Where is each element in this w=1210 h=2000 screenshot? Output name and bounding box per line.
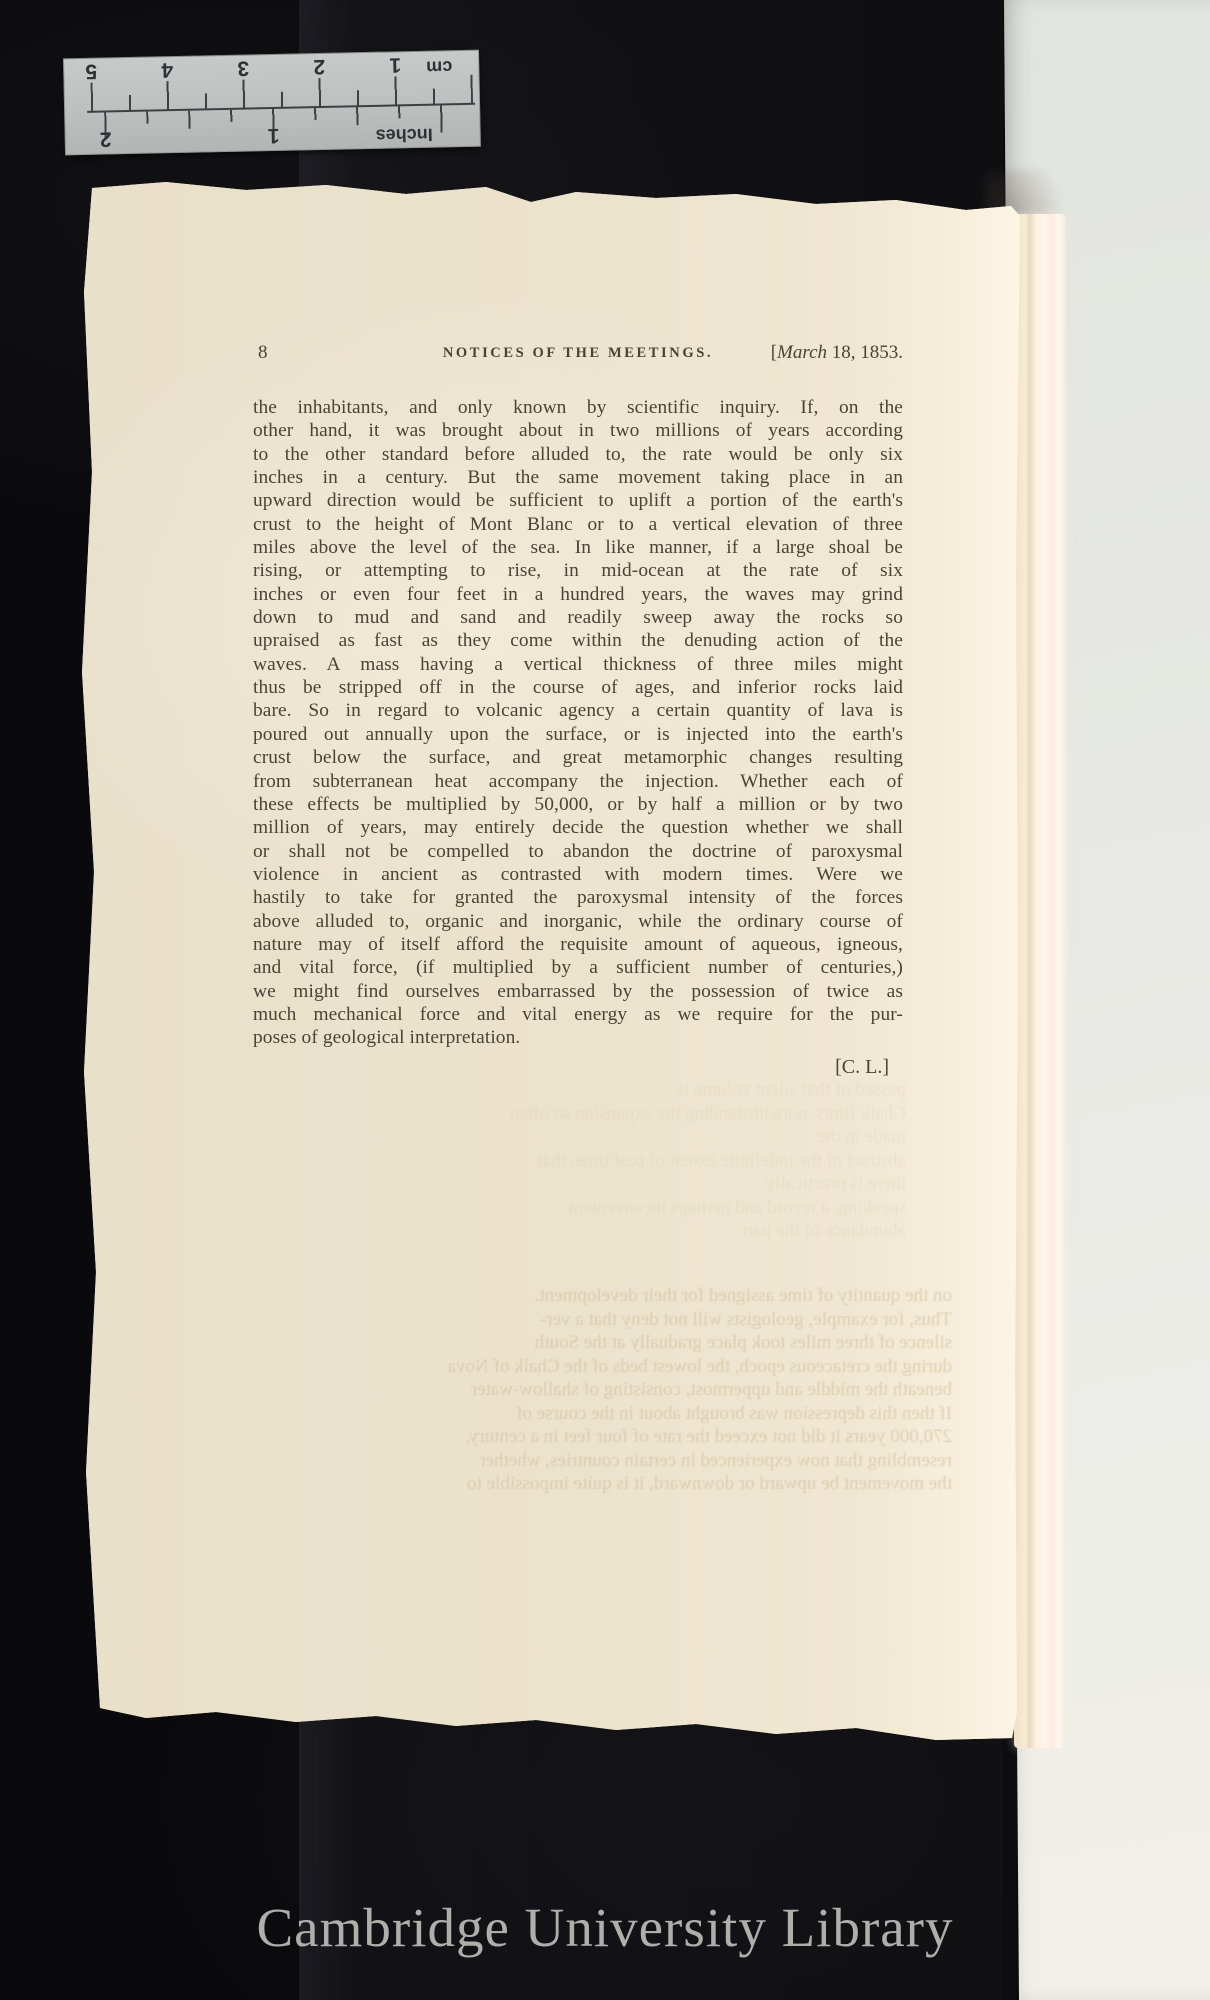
body-text-line: thus be stripped off in the course of ag…: [253, 676, 903, 699]
body-text-line: nature may of itself afford the requisit…: [253, 933, 903, 956]
body-text-line: we might find ourselves embarrassed by t…: [253, 980, 903, 1003]
ruler-cm-number: 1: [383, 54, 407, 74]
page-header: 8 NOTICES OF THE MEETINGS. [March 18, 18…: [253, 342, 903, 368]
body-text-line: above alluded to, organic and inorganic,…: [253, 910, 903, 933]
page-edge-glow: [960, 172, 1020, 1752]
showthrough-line: If then this depression was brought abou…: [246, 1402, 952, 1426]
header-date-rest: 18, 1853.: [827, 342, 903, 363]
body-text-line: upward direction would be sufficient to …: [253, 489, 903, 512]
showthrough-line: Chalk flints, notwithstanding the expans…: [496, 1102, 906, 1149]
body-text-line: bare. So in regard to volcanic agency a …: [253, 699, 903, 722]
body-text-line: poses of geological interpretation.: [253, 1026, 903, 1049]
showthrough-line: beneath the middle and uppermost, consis…: [246, 1378, 952, 1402]
body-text-line: much mechanical force and vital energy a…: [253, 1003, 903, 1026]
ruler-inch-number: 1: [261, 125, 285, 145]
showthrough-line: silence of three miles took place gradua…: [246, 1331, 952, 1355]
body-text-line: inches in a century. But the same moveme…: [253, 466, 903, 489]
body-text-line: million of years, may entirely decide th…: [253, 816, 903, 839]
body-text-line: crust to the height of Mont Blanc or to …: [253, 513, 903, 536]
showthrough-line: abstract of the indefinite extent of pas…: [496, 1149, 906, 1196]
ruler-cm-number: 2: [307, 56, 331, 76]
showthrough-line: on the quantity of time assigned for the…: [246, 1284, 952, 1308]
body-text-line: rising, or attempting to rise, in mid-oc…: [253, 559, 903, 582]
showthrough-line: 270,000 years it did not exceed the rate…: [246, 1425, 952, 1449]
body-text-line: from subterranean heat accompany the inj…: [253, 770, 903, 793]
body-text-line: crust below the surface, and great metam…: [253, 746, 903, 769]
body-text-line: to the other standard before alluded to,…: [253, 443, 903, 466]
book-page: 8 NOTICES OF THE MEETINGS. [March 18, 18…: [76, 172, 1020, 1752]
showthrough-text: passed of that silent volume is Chalk fl…: [496, 1078, 906, 1243]
body-text-line: other hand, it was brought about in two …: [253, 419, 903, 442]
library-watermark: Cambridge University Library: [0, 1896, 1210, 1959]
showthrough-line: passed of that silent volume is: [496, 1078, 906, 1102]
body-text-line: miles above the level of the sea. In lik…: [253, 536, 903, 559]
header-date-month: March: [777, 342, 827, 363]
body-text: the inhabitants, and only known by scien…: [253, 396, 903, 1050]
author-initials: [C. L.]: [253, 1056, 903, 1079]
ruler-inches-label: Inches: [375, 124, 432, 146]
body-text-line: down to mud and sand and readily sweep a…: [253, 606, 903, 629]
ruler-inch-number: 2: [94, 128, 118, 148]
body-text-line: poured out annually upon the surface, or…: [253, 723, 903, 746]
body-text-line: hastily to take for granted the paroxysm…: [253, 886, 903, 909]
body-text-line: or shall not be compelled to abandon the…: [253, 840, 903, 863]
showthrough-line: speaking, a record and perhaps inconveni…: [496, 1196, 906, 1243]
ruler-cm-number: 5: [79, 61, 103, 81]
body-text-line: and vital force, (if multiplied by a suf…: [253, 956, 903, 979]
photo-of-library-page: 5 4 3 2 1 cm 2 1 Inches 8 NOTICES OF THE…: [0, 0, 1210, 2000]
ruler-cm-number: 3: [231, 57, 255, 77]
book-fore-edge: [1014, 214, 1066, 1748]
body-text-line: these effects be multiplied by 50,000, o…: [253, 793, 903, 816]
showthrough-line: resembling that now experienced in certa…: [246, 1449, 952, 1473]
body-text-line: violence in ancient as contrasted with m…: [253, 863, 903, 886]
showthrough-line: during the cretaceous epoch, the lowest …: [246, 1355, 952, 1379]
ruler-cm-label: cm: [426, 56, 452, 78]
body-text-line: the inhabitants, and only known by scien…: [253, 396, 903, 419]
measuring-ruler: 5 4 3 2 1 cm 2 1 Inches: [63, 50, 481, 156]
showthrough-line: Thus, for example, geologists will not d…: [246, 1308, 952, 1332]
showthrough-line: the movement be upward or downward, it i…: [246, 1472, 952, 1496]
showthrough-text: on the quantity of time assigned for the…: [246, 1284, 952, 1496]
header-date: [March 18, 1853.: [771, 342, 903, 364]
body-text-line: waves. A mass having a vertical thicknes…: [253, 653, 903, 676]
body-text-line: upraised as fast as they come within the…: [253, 629, 903, 652]
ruler-cm-number: 4: [155, 59, 179, 79]
body-text-line: inches or even four feet in a hundred ye…: [253, 583, 903, 606]
